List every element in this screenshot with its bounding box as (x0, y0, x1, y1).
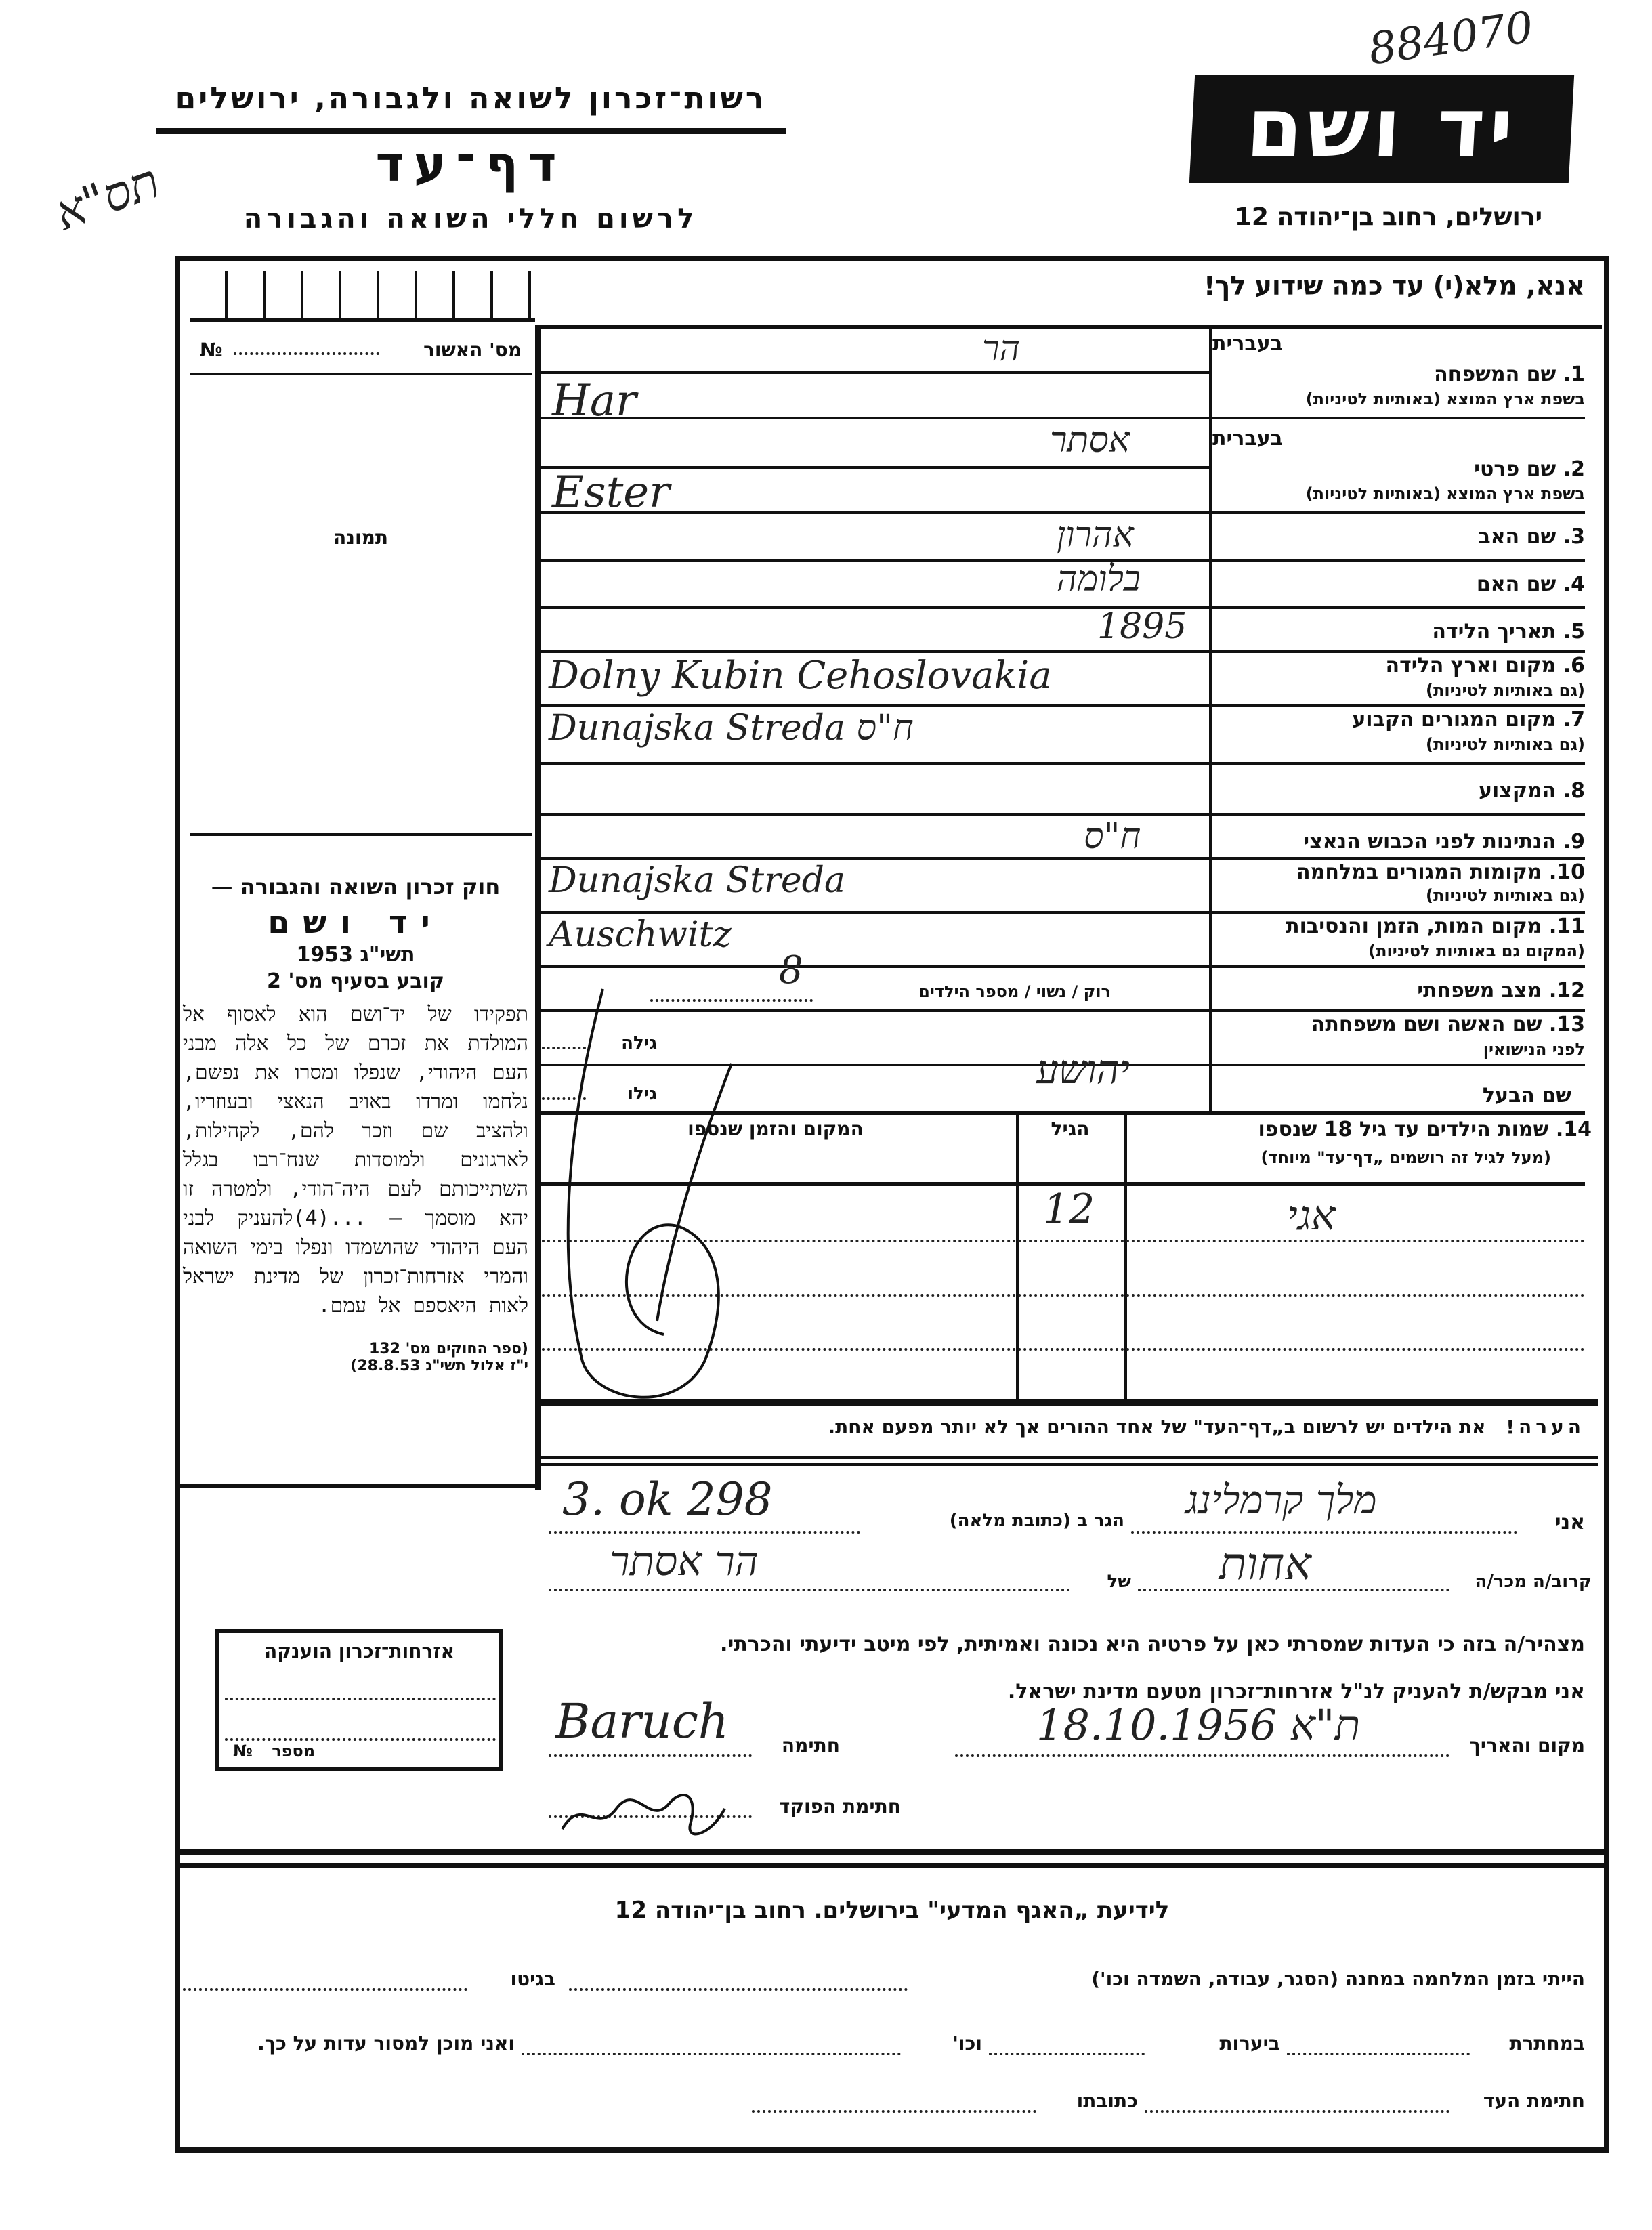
field-13-label: שם האשה ושם משפחתה (1311, 1013, 1542, 1036)
tick-boxes (190, 271, 535, 322)
law-source-2: י"ז אלול תשי"ג 28.8.53) (183, 1358, 528, 1374)
field-1-label: שם המשפחה (1434, 362, 1556, 386)
decl-signature-field[interactable] (549, 1754, 752, 1757)
citizenship-box: אזרחות־זכרון הוענקה № מספר (215, 1629, 503, 1771)
field-11-label: מקום המות, הזמן והנסיבות (1286, 914, 1542, 938)
decl-of-label: של (1077, 1572, 1131, 1592)
footer-witness-signature-field[interactable] (1145, 2110, 1449, 2113)
decl-relation-label: קרוב/ה מכר/ה (1456, 1572, 1592, 1592)
field-11-value[interactable]: Auschwitz (549, 914, 732, 955)
footer-line3-a: חתימת העד (1456, 2090, 1585, 2112)
field-9-value[interactable]: ח"ס (1084, 816, 1141, 857)
footer-line2-b: ביערות (1151, 2032, 1280, 2055)
law-clause: קובע בסעיף מס' 2 (183, 969, 528, 993)
children-num: 14. (1556, 1118, 1592, 1141)
form-title: דף־עד (156, 135, 786, 192)
citizenship-no-symbol: № (233, 1742, 253, 1761)
field-1-hebrew-value[interactable]: הר (982, 329, 1020, 369)
law-text: תפקידו של יד־ושם הוא לאסוף אל המולדת את … (183, 1000, 528, 1320)
field-12-label: מצב משפחתי (1417, 979, 1542, 1003)
field-13-sub: לפני הנישואין (1216, 1040, 1585, 1059)
field-2-hebrew-value[interactable]: אסתר (1050, 420, 1130, 461)
field-3-num: 3. (1563, 525, 1585, 549)
decl-place-date-value: ת"א 18.10.1956 (1036, 1700, 1360, 1750)
citizenship-field[interactable] (225, 1698, 496, 1700)
instruction: אנא, מלא(י) עד כמה שידוע לך! (542, 271, 1585, 301)
field-2-sub: בשפת ארץ המוצא (באותיות לטיניות) (1216, 484, 1585, 503)
decl-name-value: מלך קרמלינג (1185, 1477, 1377, 1523)
field-5-value[interactable]: 1895 (1097, 606, 1187, 647)
note: הערה! את הילדים יש לרשום ב„דף־העד" של אח… (549, 1416, 1585, 1438)
photo-label: תמונה (333, 526, 388, 549)
field-1-num: 1. (1563, 362, 1585, 386)
decl-statement: מצהיר/ה בזה כי העדות שמסרתי כאן על פרטיה… (549, 1633, 1585, 1656)
field-9-num: 9. (1563, 830, 1585, 854)
footer-witness-address-field[interactable] (752, 2110, 1036, 2113)
footer-etc-field[interactable] (522, 2053, 901, 2055)
field-6-sub: (גם באותיות לטיניות) (1216, 681, 1585, 700)
husband-name-label: שם הבעל (1219, 1084, 1571, 1108)
field-4-label: שם האם (1477, 572, 1556, 596)
field-8-num: 8. (1563, 779, 1585, 803)
field-2-latin-value[interactable]: Ester (552, 467, 670, 518)
decl-resides-label: הגר ב (כתובת מלאה) (867, 1511, 1124, 1531)
footer-line1-b: בגיטו (474, 1968, 555, 1990)
decl-of-value: הר אסתר (610, 1538, 759, 1585)
field-7-sub: (גם באותיות לטיניות) (1216, 735, 1585, 754)
approval-no-symbol: № (200, 339, 223, 361)
children-label: שמות הילדים עד גיל 18 שנספו (1258, 1118, 1548, 1141)
field-2-num: 2. (1563, 457, 1585, 481)
decl-address-field[interactable] (549, 1531, 860, 1534)
citizenship-number-field[interactable] (225, 1738, 496, 1741)
field-3-label: שם האב (1478, 525, 1556, 549)
footer-underground-field[interactable] (1287, 2053, 1470, 2055)
field-4-num: 4. (1563, 572, 1585, 596)
handwritten-scribble (542, 982, 1016, 1423)
footer-line3-b: כתובתו (1043, 2090, 1138, 2112)
approval-number-label: מס' האשור (379, 339, 522, 361)
field-7-value[interactable]: Dunajska Streda ח"ס (549, 708, 914, 749)
authority-name: רשות־זכרון לשואה ולגבורה, ירושלים (156, 81, 786, 134)
field-6-label: מקום וארץ הלידה (1386, 654, 1556, 677)
margin-note: תס"א (48, 153, 167, 243)
footer-line2-c: וכו' (908, 2032, 982, 2055)
children-sub: (מעל לגיל זה רושמים „דף־עד" מיוחד) (1131, 1148, 1551, 1167)
field-6-num: 6. (1563, 654, 1585, 677)
decl-signature-label: חתימה (759, 1734, 840, 1756)
decl-signature-value: Baruch (555, 1693, 729, 1749)
field-9-label: הנתינות לפני הכבוש הנאצי (1303, 830, 1556, 854)
address: ירושלים, רחוב בן־יהודה 12 (1179, 203, 1598, 231)
field-8-label: המקצוע (1479, 779, 1556, 803)
note-prefix: הערה! (1506, 1416, 1585, 1438)
field-2-label: שם פרטי (1474, 457, 1556, 481)
decl-of-field[interactable] (549, 1589, 1070, 1591)
decl-place-date-label: מקום והאריך (1456, 1734, 1585, 1756)
footer-line2-d: ואני מוכן למסור עדות על כך. (183, 2032, 515, 2055)
citizenship-title: אזרחות־זכרון הוענקה (219, 1640, 499, 1662)
decl-name-field[interactable] (1131, 1531, 1517, 1534)
husband-name-value[interactable]: יהושע (1036, 1047, 1130, 1093)
citizenship-number-label: מספר (272, 1742, 315, 1761)
footer-line1-a: הייתי בזמן המלחמה במחנה (הסגר, עבודה, הש… (914, 1968, 1585, 1990)
field-4-value[interactable]: בלומה (1057, 559, 1141, 599)
field-3-value[interactable]: אהרון (1057, 515, 1134, 555)
decl-relation-value: אחות (1219, 1538, 1311, 1591)
logo-text: יד ושם (1189, 75, 1574, 183)
law-year: תשי"ג 1953 (183, 943, 528, 967)
footer-camp-field[interactable] (569, 1988, 908, 1991)
decl-place-date-field[interactable] (955, 1754, 1449, 1757)
decl-official-signature-label: חתימת הפוקד (752, 1795, 901, 1817)
footer-line2-a: במחתרת (1477, 2032, 1585, 2055)
field-5-num: 5. (1563, 620, 1585, 644)
field-5-label: תאריך הלידה (1432, 620, 1556, 644)
footer-title: לידיעת „האגף המדעי" בירושלים. רחוב בן־יה… (177, 1897, 1607, 1924)
field-10-label: מקומות המגורים במלחמה (1296, 860, 1542, 884)
decl-address-value: 3. ok 298 (562, 1473, 773, 1526)
footer-ghetto-field[interactable] (183, 1988, 467, 1991)
decl-i-label: אני (1524, 1511, 1585, 1534)
official-signature-scribble (555, 1768, 732, 1843)
field-7-label: מקום המגורים הקבוע (1352, 708, 1556, 732)
note-text: את הילדים יש לרשום ב„דף־העד" של אחד ההור… (828, 1416, 1486, 1438)
footer-forests-field[interactable] (989, 2053, 1145, 2055)
children-col-age: הגיל (1023, 1118, 1118, 1140)
law-box: חוק זכרון השואה והגבורה — יד ושם תשי"ג 1… (183, 874, 528, 1374)
field-11-sub: (המקום גם באותיות לטיניות) (1216, 942, 1585, 961)
law-source-1: (ספר החוקים מס' 132 (183, 1341, 528, 1358)
photo-placeholder[interactable]: תמונה (190, 379, 532, 826)
field-12-num: 12. (1549, 979, 1585, 1003)
archive-number: 884070 (1365, 2, 1536, 75)
field-1-sub: בשפת ארץ המוצא (באותיות לטיניות) (1216, 390, 1585, 408)
field-2-hebrew-tag: בעברית (1212, 427, 1429, 450)
field-10-value[interactable]: Dunajska Streda (549, 860, 845, 901)
field-10-sub: (גם באותיות לטיניות) (1216, 886, 1585, 905)
child-age[interactable]: 12 (1043, 1185, 1095, 1233)
field-7-num: 7. (1563, 708, 1585, 732)
field-11-num: 11. (1549, 914, 1585, 938)
field-13-num: 13. (1549, 1013, 1585, 1036)
field-6-value[interactable]: Dolny Kubin Cehoslovakia (549, 654, 1052, 698)
field-1-hebrew-tag: בעברית (1212, 332, 1429, 356)
field-10-num: 10. (1549, 860, 1585, 884)
yad-vashem-logo: יד ושם (1189, 75, 1574, 183)
approval-number-field[interactable] (234, 352, 379, 355)
law-title: חוק זכרון השואה והגבורה — (183, 874, 528, 900)
law-name: יד ושם (183, 904, 528, 940)
form-subtitle: לרשום חללי השואה והגבורה (156, 203, 786, 234)
child-name[interactable]: אגי (1287, 1192, 1336, 1240)
